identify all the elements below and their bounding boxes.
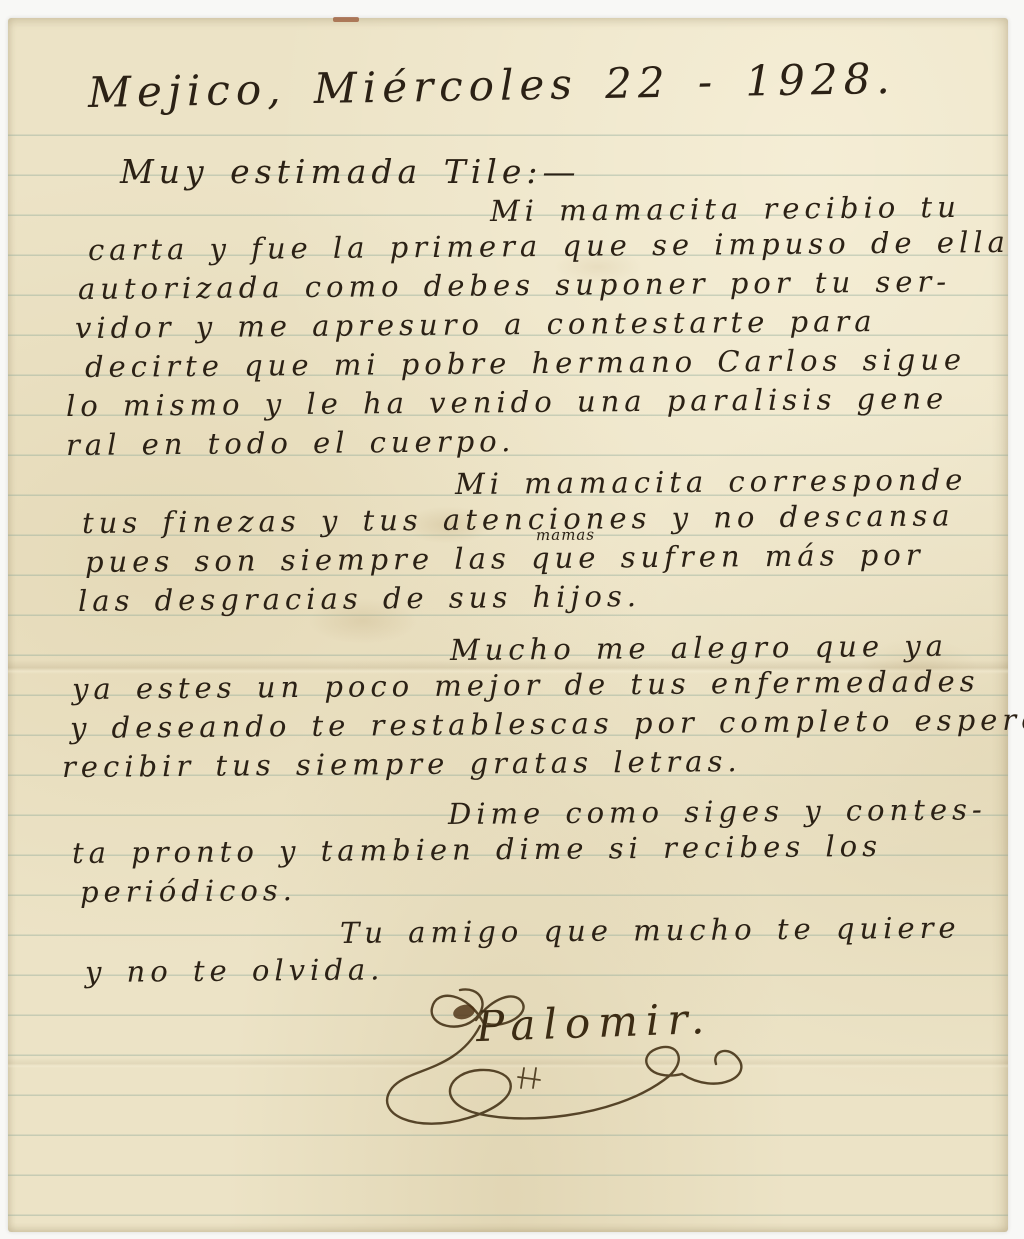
- letter-body: Mi mamacita recibio tucarta y fue la pri…: [8, 194, 1008, 994]
- line-text: sufren más por: [620, 538, 924, 575]
- salutation: Muy estimada Tile:—: [120, 152, 580, 191]
- letter-line: ral en todo el cuerpo.: [66, 420, 1008, 467]
- letter-line: recibir tus siempre gratas letras.: [62, 742, 1008, 789]
- letter-paper: Mejico, Miércoles 22 - 1928. Muy estimad…: [8, 18, 1008, 1232]
- letter-line: las desgracias de sus hijos.: [78, 576, 1008, 623]
- dateline: Mejico, Miércoles 22 - 1928.: [88, 54, 897, 117]
- insertion-anchor: mamasque: [531, 541, 601, 576]
- line-text: pues son siempre las: [85, 541, 511, 579]
- paper-edge-mark: [333, 17, 359, 22]
- signature-name: Palomir.: [475, 994, 713, 1051]
- letter-line: periódicos.: [80, 867, 1008, 914]
- interlinear-insertion: mamas: [536, 526, 595, 545]
- scan-background: Mejico, Miércoles 22 - 1928. Muy estimad…: [0, 0, 1024, 1239]
- line-text: que: [531, 541, 601, 576]
- signature-block: Palomir.: [364, 976, 804, 1146]
